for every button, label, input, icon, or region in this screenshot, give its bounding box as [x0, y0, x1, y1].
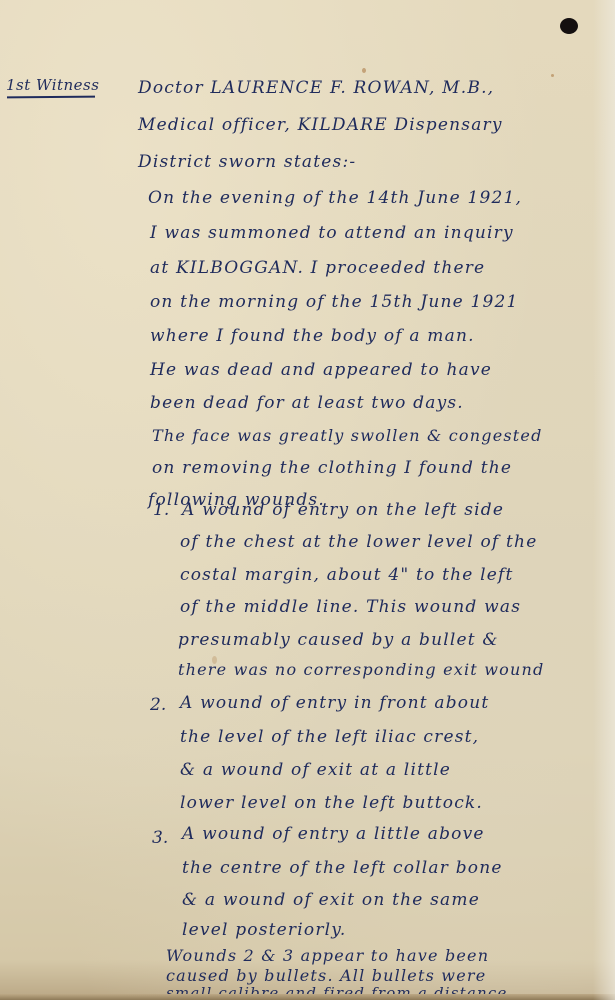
document-page: 1st Witness Doctor LAURENCE F. ROWAN, M.… — [0, 0, 615, 1000]
body-line: on the morning of the 15th June 1921 — [150, 292, 519, 312]
wound-line: A wound of entry a little above — [182, 824, 485, 844]
wound-line: & a wound of exit on the same — [182, 890, 480, 910]
wound-number: 1. — [153, 500, 169, 520]
margin-label-underline — [7, 96, 95, 99]
body-line: The face was greatly swollen & congested — [152, 426, 543, 445]
wound-line: of the middle line. This wound was — [180, 597, 521, 617]
wound-line: A wound of entry in front about — [180, 693, 489, 713]
wound-line: A wound of entry on the left side — [182, 500, 504, 520]
paper-stain — [551, 74, 554, 77]
body-line: He was dead and appeared to have — [150, 360, 492, 380]
wound-line: presumably caused by a bullet & — [178, 630, 499, 650]
paper-bottom-edge — [0, 994, 615, 1000]
wound-number: 2. — [150, 695, 166, 715]
wound-line: the level of the left iliac crest, — [180, 727, 479, 747]
wound-line: the centre of the left collar bone — [182, 858, 503, 878]
header-line: Doctor LAURENCE F. ROWAN, M.B., — [138, 78, 494, 98]
body-line: where I found the body of a man. — [150, 326, 475, 346]
wound-line: level posteriorly. — [182, 920, 346, 940]
punch-hole — [560, 18, 578, 34]
body-line: On the evening of the 14th June 1921, — [148, 188, 522, 208]
closing-line: Wounds 2 & 3 appear to have been — [166, 946, 489, 965]
closing-line: caused by bullets. All bullets were — [166, 966, 486, 985]
wound-line: lower level on the left buttock. — [180, 793, 483, 813]
body-line: I was summoned to attend an inquiry — [150, 223, 514, 243]
wound-line: costal margin, about 4" to the left — [180, 565, 514, 585]
paper-stain — [362, 68, 366, 73]
wound-line: there was no corresponding exit wound — [178, 660, 544, 679]
wound-line: & a wound of exit at a little — [180, 760, 451, 780]
body-line: on removing the clothing I found the — [152, 458, 512, 478]
header-line: Medical officer, KILDARE Dispensary — [138, 115, 503, 135]
header-line: District sworn states:- — [138, 152, 356, 172]
margin-label: 1st Witness — [6, 76, 99, 94]
wound-number: 3. — [152, 828, 168, 848]
body-line: been dead for at least two days. — [150, 393, 464, 413]
wound-line: of the chest at the lower level of the — [180, 532, 537, 552]
body-line: at KILBOGGAN. I proceeded there — [150, 258, 485, 278]
